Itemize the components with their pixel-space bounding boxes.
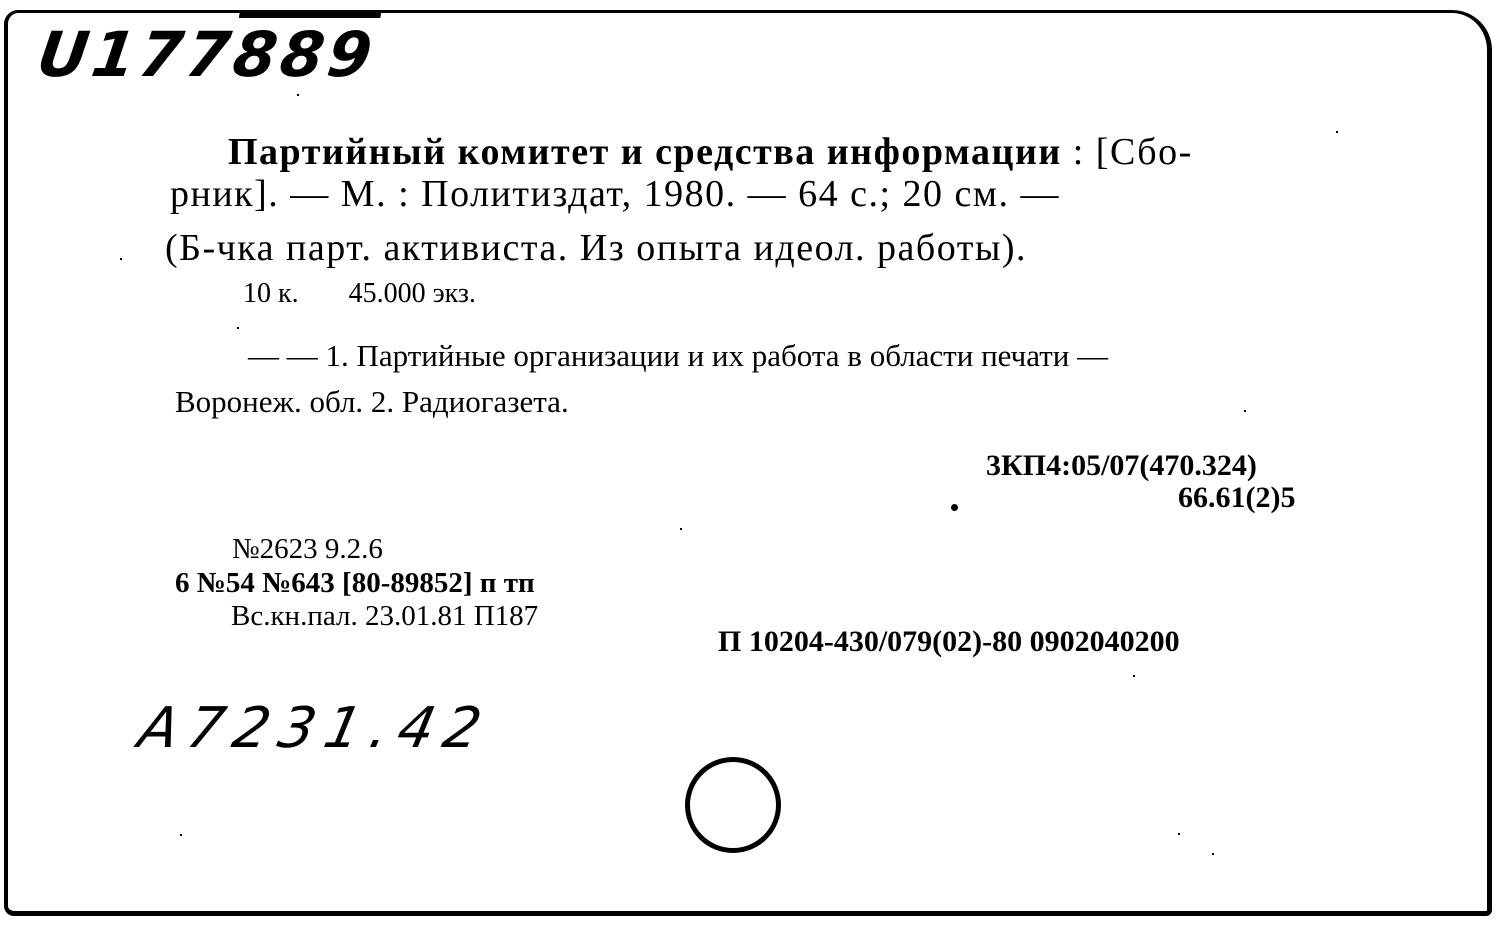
speck <box>1212 853 1214 855</box>
speck <box>1133 675 1135 677</box>
speck <box>1178 833 1180 835</box>
subjects-line-2: Воронеж. обл. 2. Радиогазета. <box>175 384 569 420</box>
print-run: 45.000 экз. <box>349 278 476 309</box>
speck <box>680 528 682 530</box>
title-line-2: рник]. — М. : Политиздат, 1980. — 64 с.;… <box>170 172 1060 216</box>
meta-line-1: №2623 9.2.6 <box>232 533 383 566</box>
speck <box>120 258 122 260</box>
classification-code-1: 3КП4:05/07(470.324) <box>986 449 1257 483</box>
speck <box>297 94 299 96</box>
meta-line-3: Вс.кн.пал. 23.01.81 П187 <box>231 600 538 633</box>
card-edge-gap <box>1473 63 1487 108</box>
call-number-prefix: U177 <box>33 18 239 91</box>
speck <box>180 834 182 836</box>
speck <box>1336 131 1338 133</box>
title-line-1: Партийный комитет и средства информации … <box>228 130 1193 174</box>
handwritten-inventory-number: A7231.42 <box>133 696 497 761</box>
price: 10 к. <box>243 278 299 309</box>
title-bold: Партийный комитет и средства информации <box>228 131 1062 173</box>
meta-line-2: 6 №54 №643 [80-89852] п тп <box>175 567 535 600</box>
handwritten-call-number: U177889 <box>33 18 380 91</box>
speck <box>1244 410 1246 412</box>
title-line-3: (Б-чка парт. активиста. Из опыта идеол. … <box>165 226 1027 270</box>
punch-hole-icon <box>685 757 781 853</box>
bullet-dot <box>951 504 958 511</box>
publisher-code: П 10204-430/079(02)-80 0902040200 <box>718 625 1180 659</box>
classification-code-2: 66.61(2)5 <box>1178 481 1295 515</box>
speck <box>237 327 239 329</box>
call-number-suffix: 889 <box>229 18 381 91</box>
subjects-line-1: — — 1. Партийные организации и их работа… <box>248 338 1108 374</box>
title-line1-rest: : [Сбо- <box>1062 131 1193 173</box>
price-line: 10 к.45.000 экз. <box>243 278 476 310</box>
